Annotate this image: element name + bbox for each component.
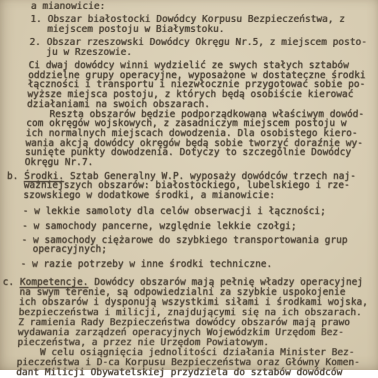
bullet-other-technical-means: - w razie potrzeby w inne środki technic… bbox=[3, 260, 272, 270]
bullet-light-aircraft: - w lekkie samoloty dla celów obserwacji… bbox=[5, 207, 326, 217]
section-b-srodki: b. Środki. Sztab Generalny W.P. wyposaży… bbox=[5, 172, 355, 201]
intro-line: a mianowicie: bbox=[13, 2, 105, 12]
list-item-1-bialystok-area: 1. Obszar białostocki Dowódcy Korpusu Be… bbox=[12, 15, 345, 34]
paragraph-operational-groups: Ci dwaj dowódcy winni wydzielić ze swych… bbox=[7, 61, 366, 168]
section-c-body: Dowódcy obszarów mają pełnię władzy oper… bbox=[0, 277, 368, 371]
section-c-kompetencje: c. Kompetencje. Dowódcy obszarów mają pe… bbox=[0, 278, 368, 371]
typewritten-text: a mianowicie: 1. Obszar białostocki Dowó… bbox=[0, 0, 378, 370]
bullet-trucks: - w samochody ciężarowe do szybkiego tra… bbox=[3, 236, 347, 255]
scanned-document-page: a mianowicie: 1. Obszar białostocki Dowó… bbox=[0, 0, 378, 370]
list-item-2-rzeszow-area: 2. Obszar rzeszowski Dowódcy Okręgu Nr.5… bbox=[11, 38, 366, 57]
bullet-armored-cars: - w samochody pancerne, względnie lekkie… bbox=[4, 222, 296, 232]
